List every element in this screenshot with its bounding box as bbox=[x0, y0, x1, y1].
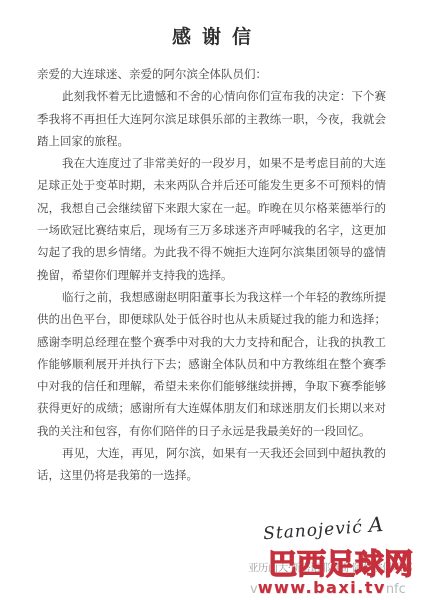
letter-line: 踏上回家的旅程。 bbox=[37, 130, 386, 152]
signature-text: Stanojević bbox=[263, 517, 364, 544]
letter-title: 感谢信 bbox=[0, 26, 423, 48]
watermark-ghost-suffix: nfc bbox=[386, 582, 406, 597]
letter-line: 此刻我怀着无比遗憾和不舍的心情向你们宣布我的决定：下个赛 bbox=[37, 85, 386, 107]
letter-line: 话，这里仍将是我第的一选择。 bbox=[37, 464, 386, 486]
letter-line: 我在大连度过了非常美好的一段岁月，如果不是考虑目前的大连 bbox=[37, 152, 386, 174]
letter-line: 况，我想自己会继续留下来跟大家在一起。昨晚在贝尔格莱德举行的 bbox=[37, 197, 386, 219]
letter-line: 获得更好的成绩；感谢所有大连媒体朋友们和球迷朋友们长期以来对 bbox=[37, 397, 386, 419]
watermark-url-row: vwww.baxi.tvnfc bbox=[250, 578, 406, 600]
letter-line: 挽留，希望你们理解并支持我的选择。 bbox=[37, 264, 386, 286]
letter-line: 一场欧冠比赛结束后，现场有三万多球迷齐声呼喊我的名字，这更加 bbox=[37, 219, 386, 241]
watermark-ghost-prefix: v bbox=[250, 582, 258, 597]
watermark-site-url: www.baxi.tv bbox=[258, 578, 386, 597]
letter-line: 勾起了我的思乡情绪。为此我不得不婉拒大连阿尔滨集团领导的盛情 bbox=[37, 241, 386, 263]
letter-line: 作能够顺利展开并执行下去；感谢全体队员和中方教练组在整个赛季 bbox=[37, 353, 386, 375]
handwritten-signature: StanojevićA bbox=[262, 512, 385, 544]
letter-line: 再见，大连，再见，阿尔滨，如果有一天我还会回到中超执教的 bbox=[37, 442, 386, 464]
letter-line: 供的出色平台，即便球队处于低谷时也从未质疑过我的能力和选择； bbox=[37, 308, 386, 330]
letter-line: 临行之前，我想感谢赵明阳董事长为我这样一个年轻的教练所提 bbox=[37, 286, 386, 308]
letter-body: 亲爱的大连球迷、亲爱的阿尔滨全体队员们： 此刻我怀着无比遗憾和不舍的心情向你们宣… bbox=[37, 63, 386, 487]
letter-line: 季我将不再担任大连阿尔滨足球俱乐部的主教练一职，今夜，我就会 bbox=[37, 108, 386, 130]
signature-initial: A bbox=[368, 512, 385, 537]
letter-line-greeting: 亲爱的大连球迷、亲爱的阿尔滨全体队员们： bbox=[37, 63, 386, 85]
letter-line: 中对我的信任和理解，希望未来你们能够继续拼搏，争取下赛季能够 bbox=[37, 375, 386, 397]
watermark-site-name: 巴西足球网 bbox=[268, 547, 413, 581]
letter-line: 感谢李明总经理在整个赛季中对我的大力支持和配合，让我的执教工 bbox=[37, 331, 386, 353]
letter-line: 足球正处于变革时期，未来两队合并后还可能发生更多不可预料的情 bbox=[37, 174, 386, 196]
thank-you-letter-page: 感谢信 亲爱的大连球迷、亲爱的阿尔滨全体队员们： 此刻我怀着无比遗憾和不舍的心情… bbox=[0, 0, 423, 600]
letter-line: 我的关注和包容，有你们陪伴的日子永远是我最美好的一段回忆。 bbox=[37, 420, 386, 442]
